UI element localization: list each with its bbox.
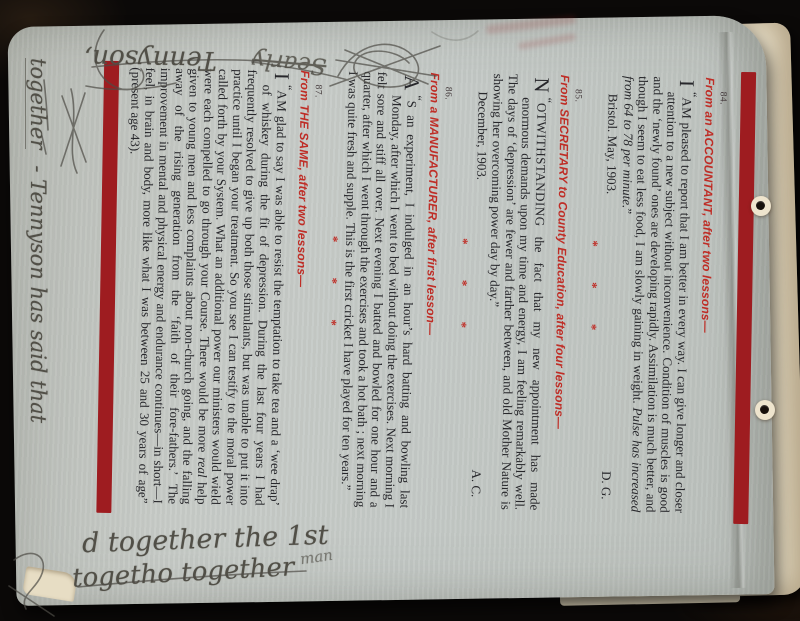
drop-cap: N <box>529 74 555 98</box>
testimonial-section-86: 86. From a MANUFACTURER, after first les… <box>337 39 453 571</box>
testimonial-text: “IAM pleased to report that I am better … <box>613 76 700 513</box>
testimonial-section-84: 84. From an ACCOUNTANT, after two lesson… <box>597 44 728 576</box>
pencil-annotation-tennyson: Tennyson, <box>84 43 217 75</box>
testimonial-text: “IAM glad to say I was able to resist th… <box>121 67 295 506</box>
pencil-phrase-tennyson-has-said: - Tennyson has said that <box>26 165 50 423</box>
place-date: December, 1903. <box>474 91 490 180</box>
testimonial-body: an experiment, I indulged in an hour’s h… <box>339 71 419 508</box>
red-rule-bottom <box>96 61 119 513</box>
testimonial-text: “AS an experiment, I indulged in an hour… <box>338 71 425 508</box>
caps-word: AM <box>274 90 289 112</box>
testimonial-body: glad to say I was able to resist the tem… <box>127 67 289 506</box>
drop-cap: I <box>674 77 700 92</box>
scanned-book-page: 84. From an ACCOUNTANT, after two lesson… <box>0 0 800 621</box>
pencil-word-together: together <box>25 58 50 149</box>
testimonial-text: “NOTWITHSTANDING the fact that my new ap… <box>483 74 555 511</box>
punch-hole-bottom <box>755 400 775 420</box>
caps-word: AM <box>679 97 694 119</box>
caps-word: OTWITHSTANDING <box>532 103 549 227</box>
pencil-annotation-left-margin: together- Tennyson has said that <box>23 58 50 603</box>
testimonial-section-85: 85. From SECRETARY to County Education, … <box>467 41 584 573</box>
testimonial-body: pleased to report that I am better in ev… <box>619 76 694 513</box>
testimonial-section-87: 87. From THE SAME, after two lessons— “I… <box>120 35 324 568</box>
initials: A. C. <box>468 469 482 497</box>
printed-testimonials-block: 84. From an ACCOUNTANT, after two lesson… <box>41 34 756 576</box>
initials: D. G. <box>599 471 613 500</box>
drop-cap: A <box>398 72 424 96</box>
punch-hole-top <box>751 196 771 216</box>
place-date: Bristol. May, 1903. <box>604 94 620 195</box>
